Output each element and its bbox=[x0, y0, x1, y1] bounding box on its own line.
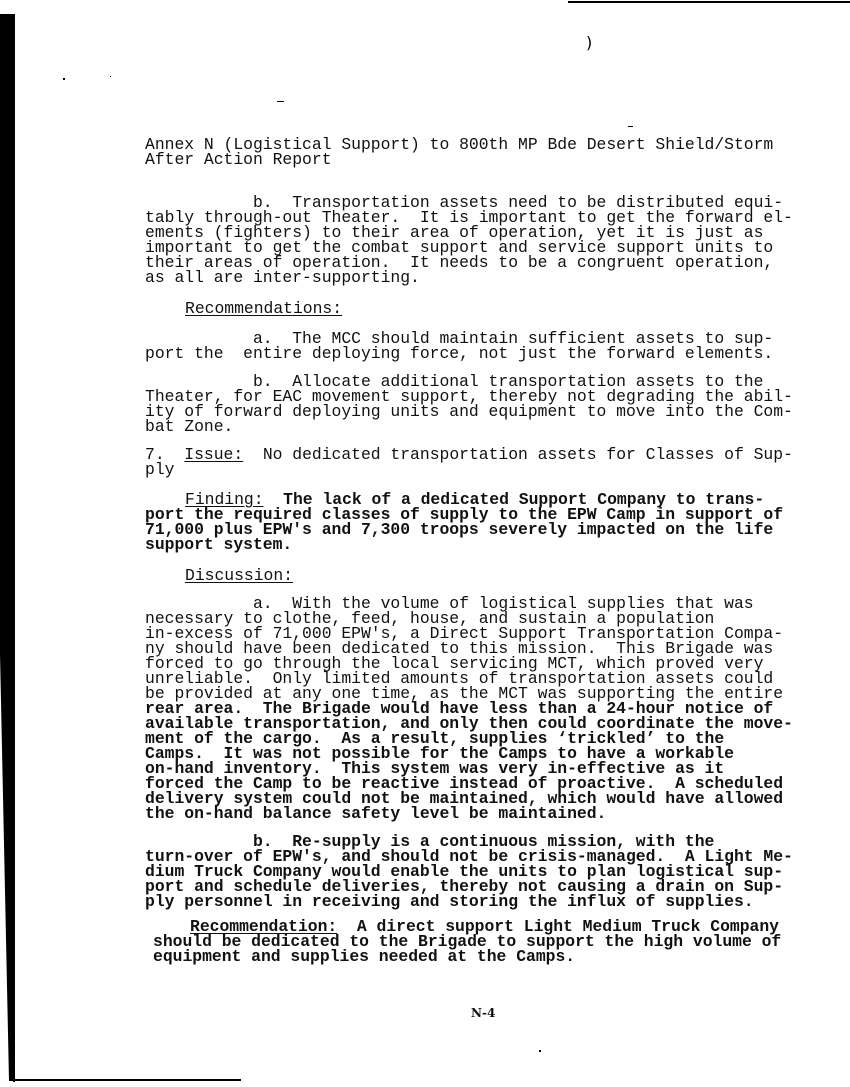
text-line: equipment and supplies needed at the Cam… bbox=[153, 949, 575, 964]
issue-label: Issue: bbox=[184, 445, 243, 464]
recommendations-heading: Recommendations: bbox=[185, 301, 342, 316]
discussion-heading: Discussion: bbox=[185, 568, 293, 583]
text-line: port the entire deploying force, not jus… bbox=[145, 346, 773, 361]
text-line: support system. bbox=[145, 537, 292, 552]
page-bottom-border bbox=[13, 1079, 241, 1081]
page-number: N-4 bbox=[471, 1006, 495, 1020]
page-top-border bbox=[568, 1, 850, 3]
issue-text: No dedicated transportation assets for C… bbox=[243, 445, 793, 464]
text-line: as all are inter-supporting. bbox=[145, 270, 420, 285]
stray-dot bbox=[63, 78, 65, 80]
text-line: ity of forward deploying units and equip… bbox=[145, 404, 793, 419]
text-line: bat Zone. bbox=[145, 419, 233, 434]
text-line: ply bbox=[145, 462, 174, 477]
stray-dash bbox=[628, 126, 633, 127]
text-line: ply personnel in receiving and storing t… bbox=[145, 894, 754, 909]
document-header-subtitle: After Action Report bbox=[145, 152, 332, 167]
issue-7-line: 7. Issue: No dedicated transportation as… bbox=[145, 447, 793, 462]
stray-dot bbox=[539, 1050, 541, 1052]
stray-dot bbox=[110, 76, 111, 77]
stray-paren-mark: ) bbox=[586, 33, 592, 52]
text-line: the on-hand balance safety level be main… bbox=[145, 806, 606, 821]
scan-edge-top bbox=[0, 14, 14, 16]
page-left-border bbox=[13, 14, 15, 1082]
stray-dash bbox=[277, 101, 284, 102]
